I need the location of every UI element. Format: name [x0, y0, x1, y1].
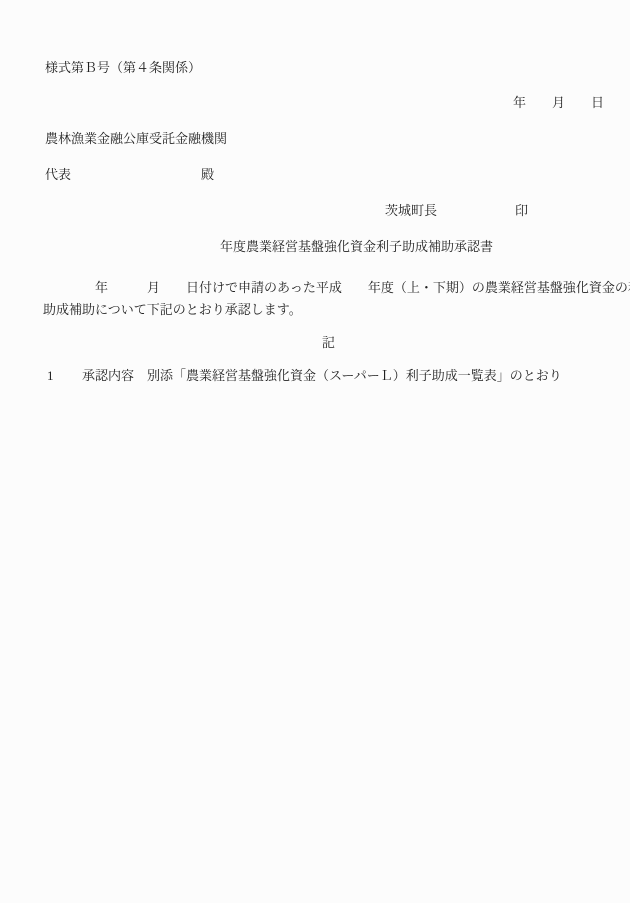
date-blank-line: 年 月 日	[513, 95, 604, 110]
issuer-and-seal-line: 茨城町長 印	[385, 203, 528, 218]
addressee-representative-line: 代表 殿	[45, 167, 214, 182]
form-number: 様式第Ｂ号（第４条関係）	[45, 60, 201, 75]
record-marker: 記	[322, 335, 335, 350]
item-1-text: 承認内容 別添「農業経営基盤強化資金（スーパーＬ）利子助成一覧表」のとおり	[82, 368, 562, 383]
item-1-number: 1	[47, 368, 54, 383]
body-paragraph-line-1: 年 月 日付けで申請のあった平成 年度（上・下期）の農業経営基盤強化資金の利子	[43, 280, 630, 295]
document-title: 年度農業経営基盤強化資金利子助成補助承認書	[220, 239, 493, 254]
addressee-organization: 農林漁業金融公庫受託金融機関	[45, 131, 227, 146]
document-page: 様式第Ｂ号（第４条関係） 年 月 日 農林漁業金融公庫受託金融機関 代表 殿 茨…	[0, 0, 630, 903]
body-paragraph-line-2: 助成補助について下記のとおり承認します。	[43, 302, 302, 317]
